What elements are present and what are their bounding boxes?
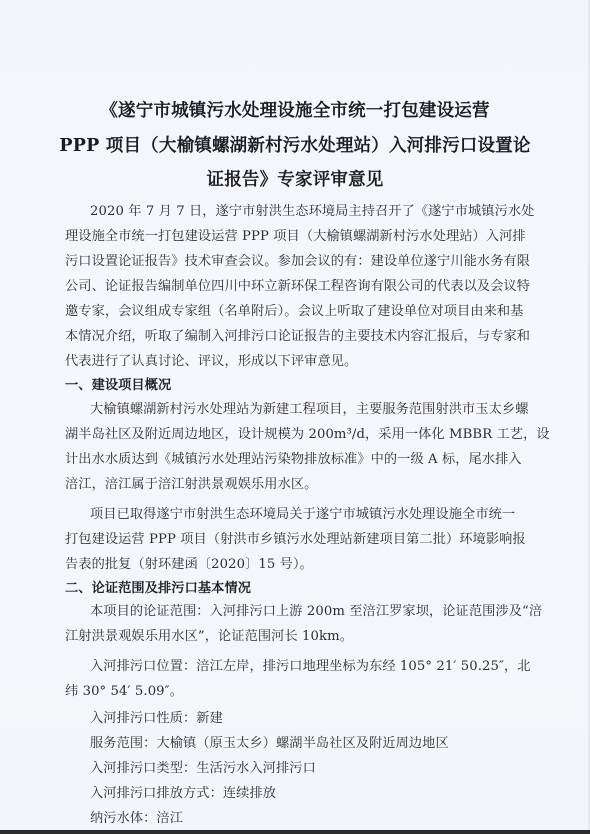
receiving-water: 纳污水体：涪江	[90, 807, 183, 826]
intro-line: 邀专家，会议组成专家组（名单附后）。会议上听取了建设单位对项目由来和基	[65, 300, 523, 319]
discharge-mode: 入河排污口排放方式：连续排放	[90, 782, 276, 801]
intro-line: 2020 年 7 月 7 日，遂宁市射洪生态环境局主持召开了《遂宁市城镇污水处	[90, 200, 534, 219]
location-line: 纬 30° 54′ 5.09″。	[65, 680, 183, 699]
scope-line: 本项目的论证范围：入河排污口上游 200m 至涪江罗家坝，论证范围涉及“涪	[90, 600, 542, 619]
section-2-heading: 二、论证范围及排污口基本情况	[65, 577, 251, 596]
intro-line: 公司、论证报告编制单位四川中环立新环保工程咨询有限公司的代表以及会议特	[65, 275, 530, 294]
section-1-paragraph-line: 涪江，涪江属于涪江射洪景观娱乐用水区。	[65, 473, 317, 492]
section-1-paragraph-line: 大榆镇螺湖新村污水处理站为新建工程项目，主要服务范围射洪市玉太乡螺	[90, 398, 528, 417]
outlet-nature: 入河排污口性质：新建	[90, 707, 223, 726]
section-1-approval-line: 项目已取得遂宁市射洪生态环境局关于遂宁市城镇污水处理设施全市统一	[90, 503, 515, 522]
scope-line: 江射洪景观娱乐用水区”，论证范围河长 10km。	[65, 625, 353, 644]
page-bottom-edge	[0, 830, 590, 834]
section-1-paragraph-line: 计出水水质达到《城镇污水处理站污染物排放标准》中的一级 A 标，尾水排入	[65, 448, 522, 467]
service-area: 服务范围：大榆镇（原玉太乡）螺湖半岛社区及附近周边地区	[90, 732, 449, 751]
document-page: 《遂宁市城镇污水处理设施全市统一打包建设运营 PPP 项目（大榆镇螺湖新村污水处…	[0, 0, 590, 832]
intro-line: 污口设置论证报告》技术审查会议。参加会议的有：建设单位遂宁川能水务有限	[65, 250, 530, 269]
intro-line: 理设施全市统一打包建设运营 PPP 项目（大榆镇螺湖新村污水处理站）入河排	[65, 225, 526, 244]
document-title-line-1: 《遂宁市城镇污水处理设施全市统一打包建设运营	[0, 97, 590, 122]
section-1-paragraph-line: 湖半岛社区及附近周边地区，设计规模为 200m³/d，采用一体化 MBBR 工艺…	[65, 423, 550, 442]
section-1-heading: 一、建设项目概况	[65, 374, 171, 393]
document-title-line-3: 证报告》专家评审意见	[0, 166, 590, 191]
intro-line: 本情况介绍，听取了编制入河排污口论证报告的主要技术内容汇报后，与专家和	[65, 325, 530, 344]
outlet-type: 入河排污口类型：生活污水入河排污口	[90, 757, 316, 776]
intro-line: 代表进行了认真讨论、评议，形成以下评审意见。	[65, 350, 357, 369]
document-title-line-2: PPP 项目（大榆镇螺湖新村污水处理站）入河排污口设置论	[0, 132, 590, 157]
section-1-approval-line: 打包建设运营 PPP 项目（射洪市乡镇污水处理站新建项目第二批）环境影响报	[65, 528, 526, 547]
section-1-approval-line: 告表的批复（射环建函〔2020〕15 号）。	[65, 553, 313, 572]
location-line: 入河排污口位置：涪江左岸，排污口地理坐标为东经 105° 21′ 50.25″，…	[90, 655, 531, 674]
